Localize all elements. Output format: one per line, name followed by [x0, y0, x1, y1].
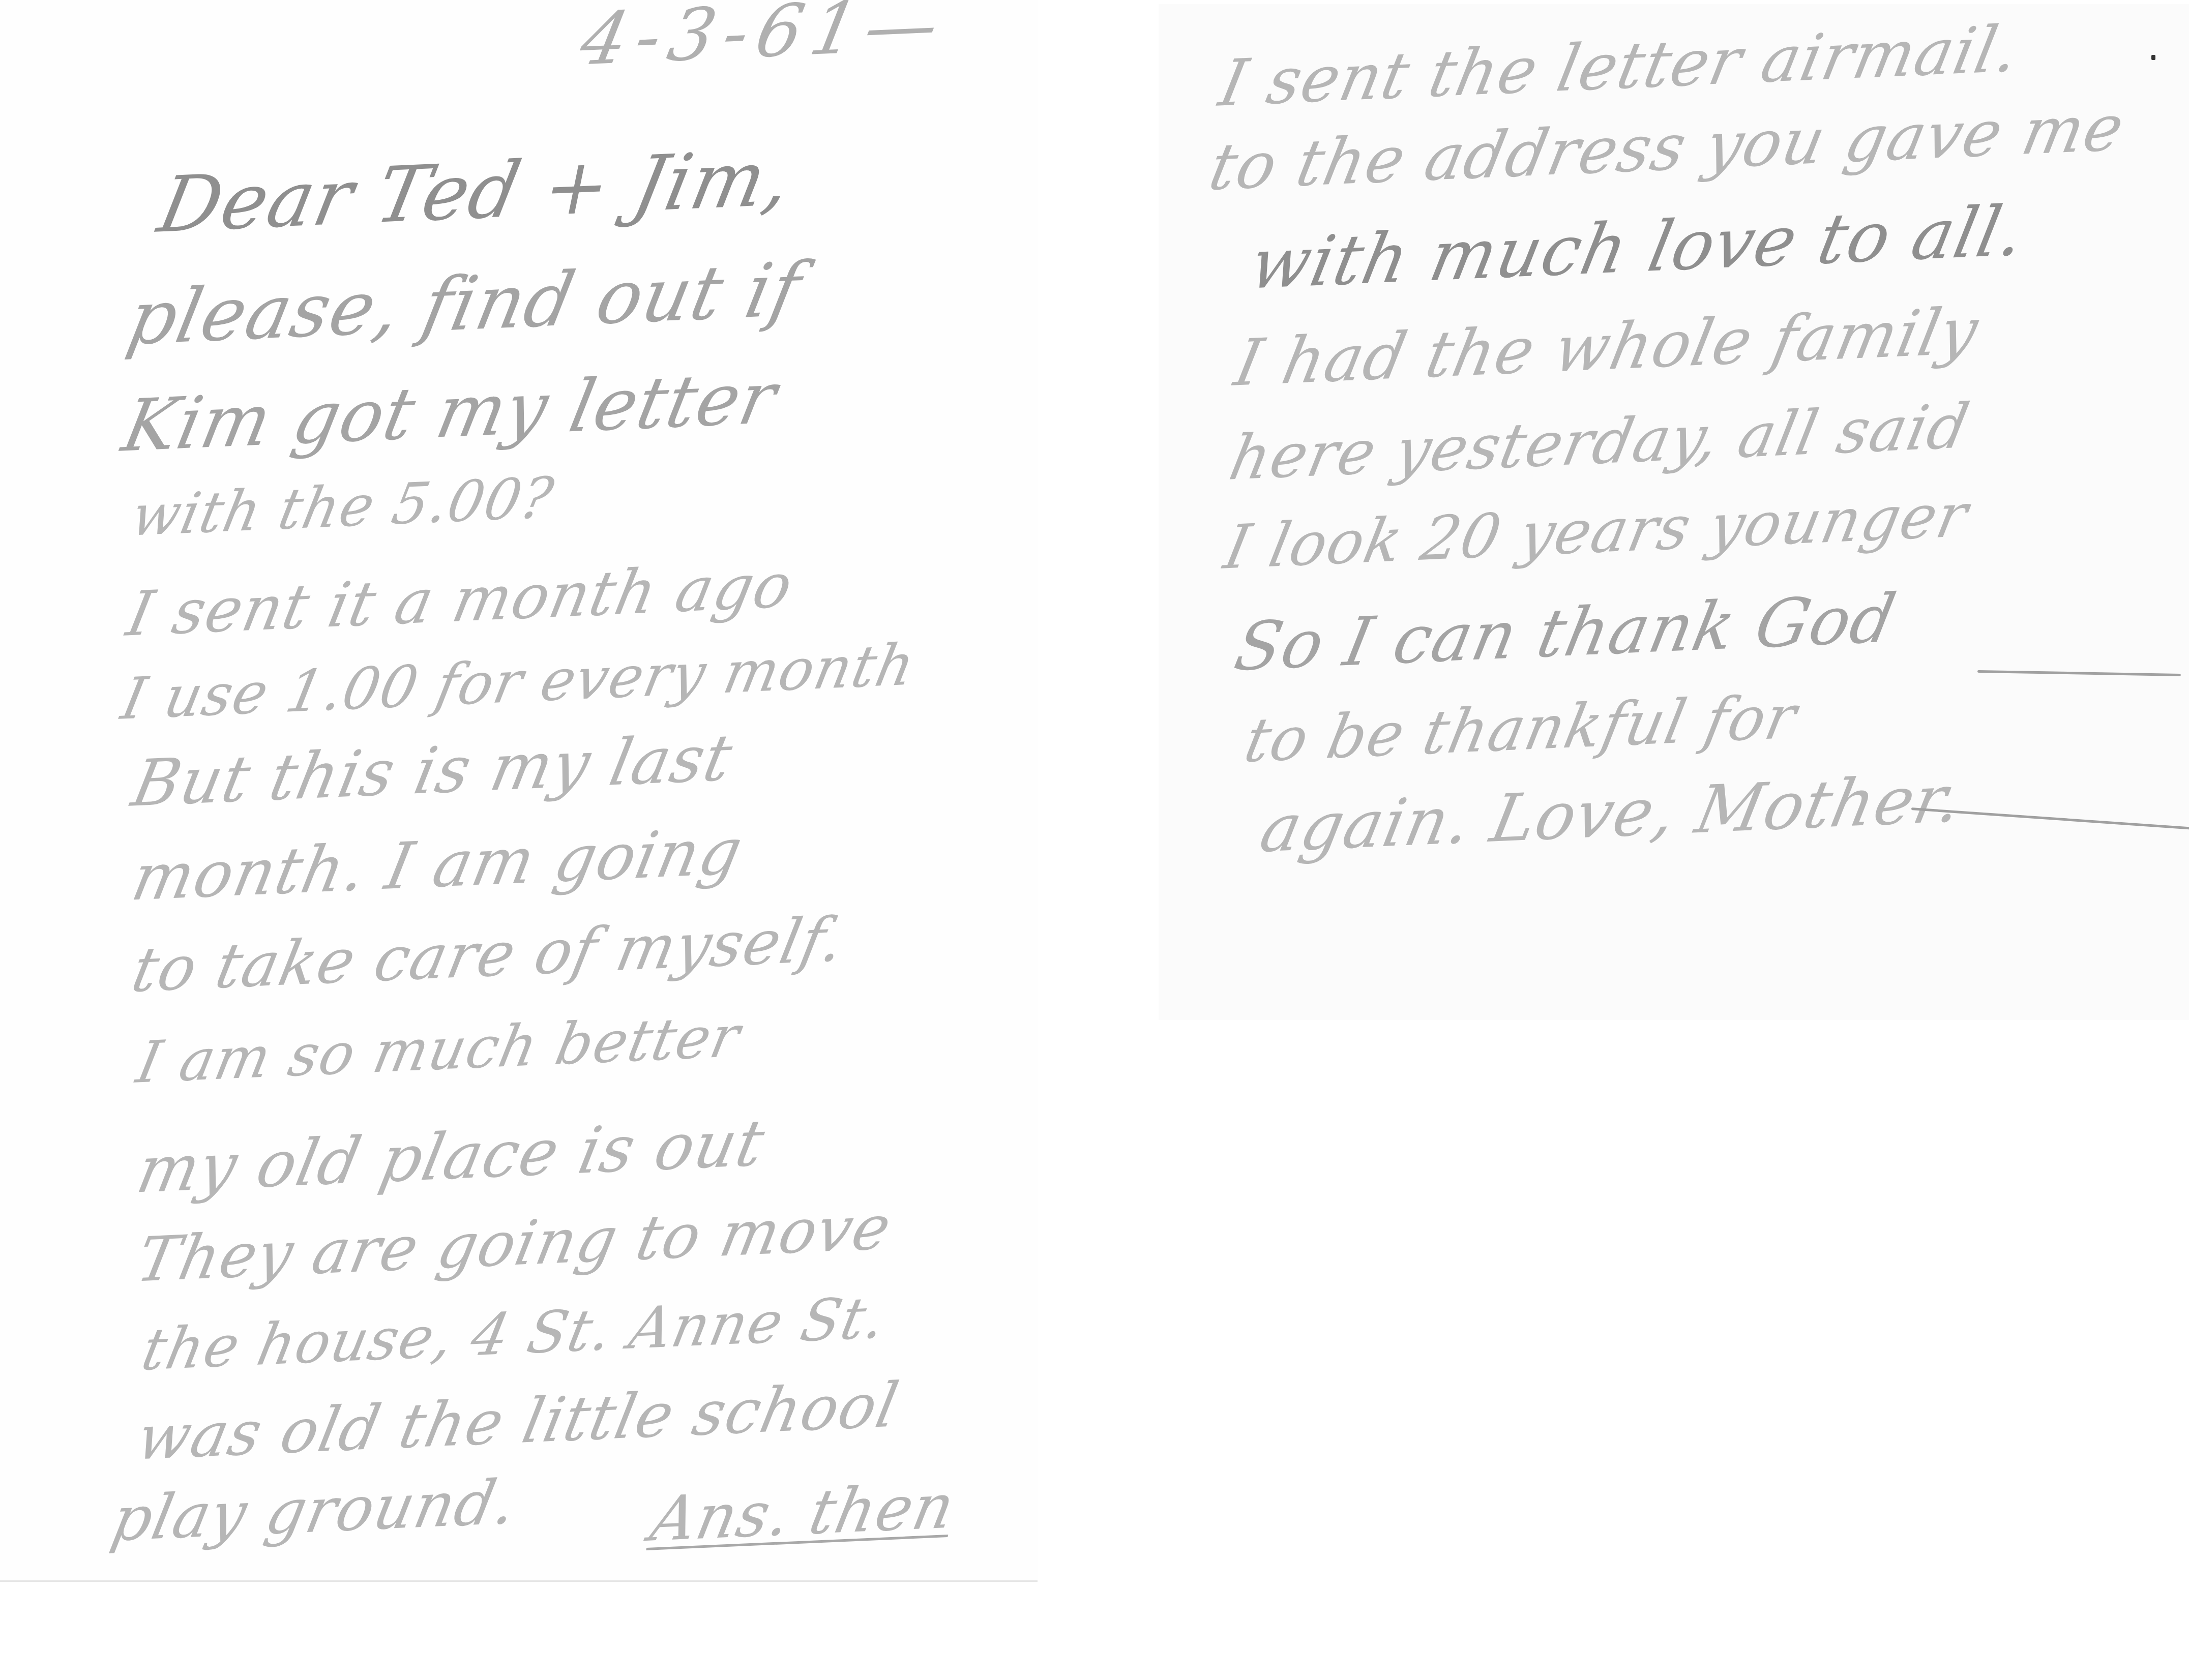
letter-line: with the 5.00?	[127, 469, 558, 544]
letter-line: please, find out if	[122, 252, 808, 356]
answer-then-underlined: Ans. then	[646, 1476, 960, 1551]
signature-line: again. Love, Mother.	[1255, 766, 1968, 862]
letter-line: So I can thank God	[1230, 585, 1902, 680]
letter-line: I look 20 years younger	[1220, 485, 1973, 578]
letter-line: I sent it a month ago	[122, 555, 798, 646]
letter-page-left: 4-3-61— Dear Ted + Jim, please, find out…	[0, 0, 1038, 1582]
letter-line: I am so much better	[132, 1008, 745, 1092]
letter-line: the house, 4 St. Anne St.	[137, 1289, 891, 1379]
letter-line: here yesterday, all said	[1225, 396, 1974, 490]
letter-line: Kim got my letter	[117, 363, 783, 463]
letter-line: play ground.	[107, 1472, 522, 1551]
letter-line: to be thankful for	[1240, 686, 1802, 771]
letter-line: my old place is out	[132, 1111, 770, 1203]
letter-line: I use 1.00 for every month	[117, 636, 920, 728]
letter-line: They are going to move	[132, 1197, 897, 1292]
letter-line: with much love to all.	[1245, 196, 2031, 299]
salutation-line: Dear Ted + Jim,	[153, 139, 798, 244]
letter-line: I had the whole family	[1230, 299, 1984, 396]
strike-through-mark	[1977, 670, 2181, 676]
letter-line: was old the little school	[132, 1375, 904, 1469]
letter-line: month. I am going	[127, 820, 748, 910]
scan-speck	[2151, 55, 2155, 60]
letter-line: But this is my last	[127, 726, 738, 816]
letter-line: to take care of myself.	[127, 909, 849, 1002]
letter-date: 4-3-61—	[575, 0, 954, 76]
letter-page-right: I sent the letter airmail. to the addres…	[1159, 4, 2189, 1020]
